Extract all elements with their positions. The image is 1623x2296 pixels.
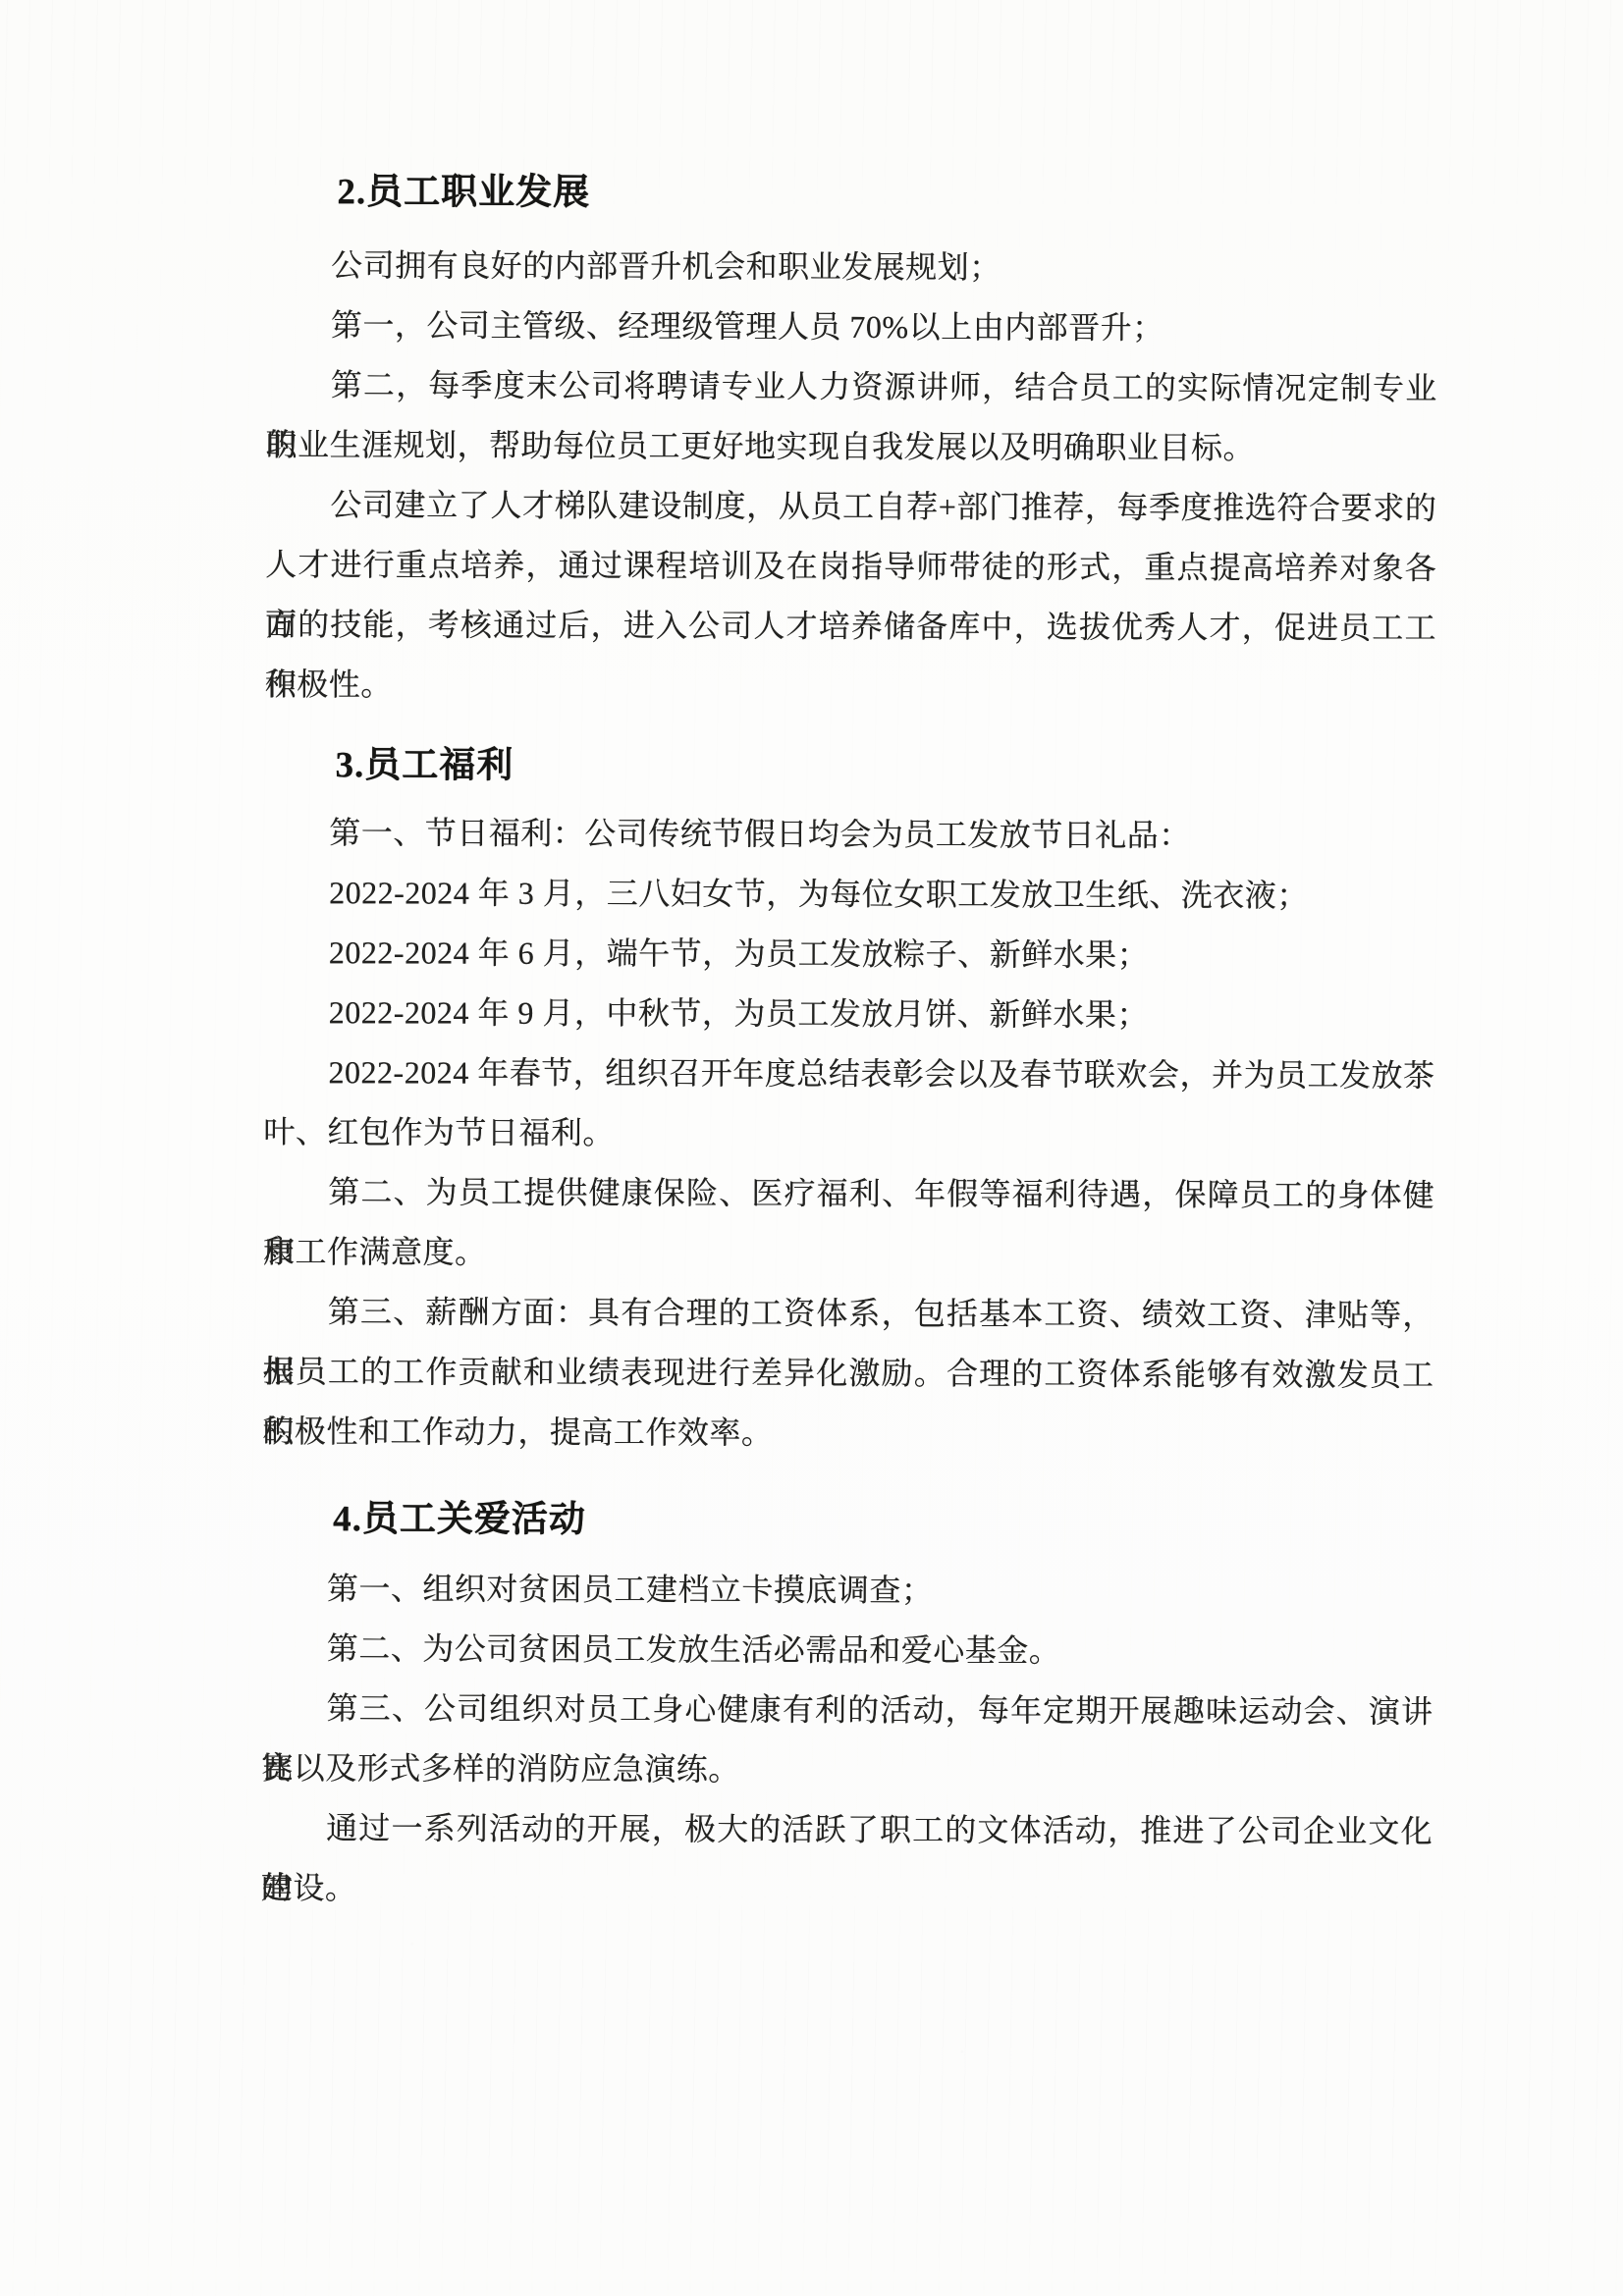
text-line: 人才进行重点培养，通过课程培训及在岗指导师带徒的形式，重点提高培养对象各方 (265, 535, 1436, 599)
section-heading: 3.员工福利 (264, 742, 1435, 793)
text-line: 通过一系列活动的开展，极大的活跃了职工的文体活动，推进了公司企业文化的 (261, 1798, 1433, 1862)
document-section: 4.员工关爱活动第一、组织对贫困员工建档立卡摸底调查；第二、为公司贫困员工发放生… (261, 1496, 1434, 1922)
text-line: 第一，公司主管级、经理级管理人员 70%以上由内部晋升； (266, 295, 1437, 359)
text-line: 2022-2024 年 6 月，端午节，为员工发放粽子、新鲜水果； (264, 923, 1435, 987)
text-line: 第一、节日福利：公司传统节假日均会为员工发放节日礼品： (264, 803, 1435, 867)
document-section: 3.员工福利第一、节日福利：公司传统节假日均会为员工发放节日礼品：2022-20… (262, 742, 1435, 1466)
text-line: 2022-2024 年 3 月，三八妇女节，为每位女职工发放卫生纸、洗衣液； (264, 863, 1435, 927)
document-content: 2.员工职业发展公司拥有良好的内部晋升机会和职业发展规划；第一，公司主管级、经理… (261, 0, 1438, 1922)
text-line: 第二、为公司贫困员工发放生活必需品和爱心基金。 (262, 1619, 1434, 1682)
text-line: 第二、为员工提供健康保险、医疗福利、年假等福利待遇，保障员工的身体健康 (263, 1162, 1434, 1226)
text-line: 2022-2024 年 9 月，中秋节，为员工发放月饼、新鲜水果； (264, 983, 1435, 1046)
text-line: 叶、红包作为节日福利。 (263, 1102, 1434, 1166)
text-line: 第三、公司组织对员工身心健康有利的活动，每年定期开展趣味运动会、演讲比 (261, 1679, 1433, 1742)
scanned-document-page: 2.员工职业发展公司拥有良好的内部晋升机会和职业发展规划；第一，公司主管级、经理… (0, 0, 1623, 2296)
section-heading: 2.员工职业发展 (266, 169, 1437, 220)
text-line: 据员工的工作贡献和业绩表现进行差异化激励。合理的工资体系能够有效激发员工的 (263, 1342, 1434, 1406)
text-line: 赛以及形式多样的消防应急演练。 (261, 1738, 1433, 1802)
text-line: 第三、薪酬方面：具有合理的工资体系，包括基本工资、绩效工资、津贴等，根 (263, 1282, 1434, 1346)
text-line: 2022-2024 年春节，组织召开年度总结表彰会以及春节联欢会，并为员工发放茶 (263, 1042, 1434, 1106)
text-line: 第一、组织对贫困员工建档立卡摸底调查； (262, 1559, 1434, 1623)
text-line: 积极性和工作动力，提高工作效率。 (262, 1402, 1434, 1466)
text-line: 和工作满意度。 (263, 1222, 1434, 1286)
section-heading: 4.员工关爱活动 (262, 1496, 1434, 1547)
text-line: 面的技能，考核通过后，进入公司人才培养储备库中，选拔优秀人才，促进员工工作 (265, 595, 1436, 659)
text-line: 积极性。 (265, 655, 1436, 719)
text-line: 公司拥有良好的内部晋升机会和职业发展规划； (266, 236, 1437, 299)
document-section: 2.员工职业发展公司拥有良好的内部晋升机会和职业发展规划；第一，公司主管级、经理… (265, 169, 1438, 719)
text-line: 建设。 (261, 1858, 1433, 1922)
text-line: 第二，每季度末公司将聘请专业人力资源讲师，结合员工的实际情况定制专业的 (266, 355, 1437, 419)
text-line: 公司建立了人才梯队建设制度，从员工自荐+部门推荐，每季度推选符合要求的 (265, 475, 1436, 539)
text-line: 职业生涯规划，帮助每位员工更好地实现自我发展以及明确职业目标。 (265, 415, 1436, 479)
